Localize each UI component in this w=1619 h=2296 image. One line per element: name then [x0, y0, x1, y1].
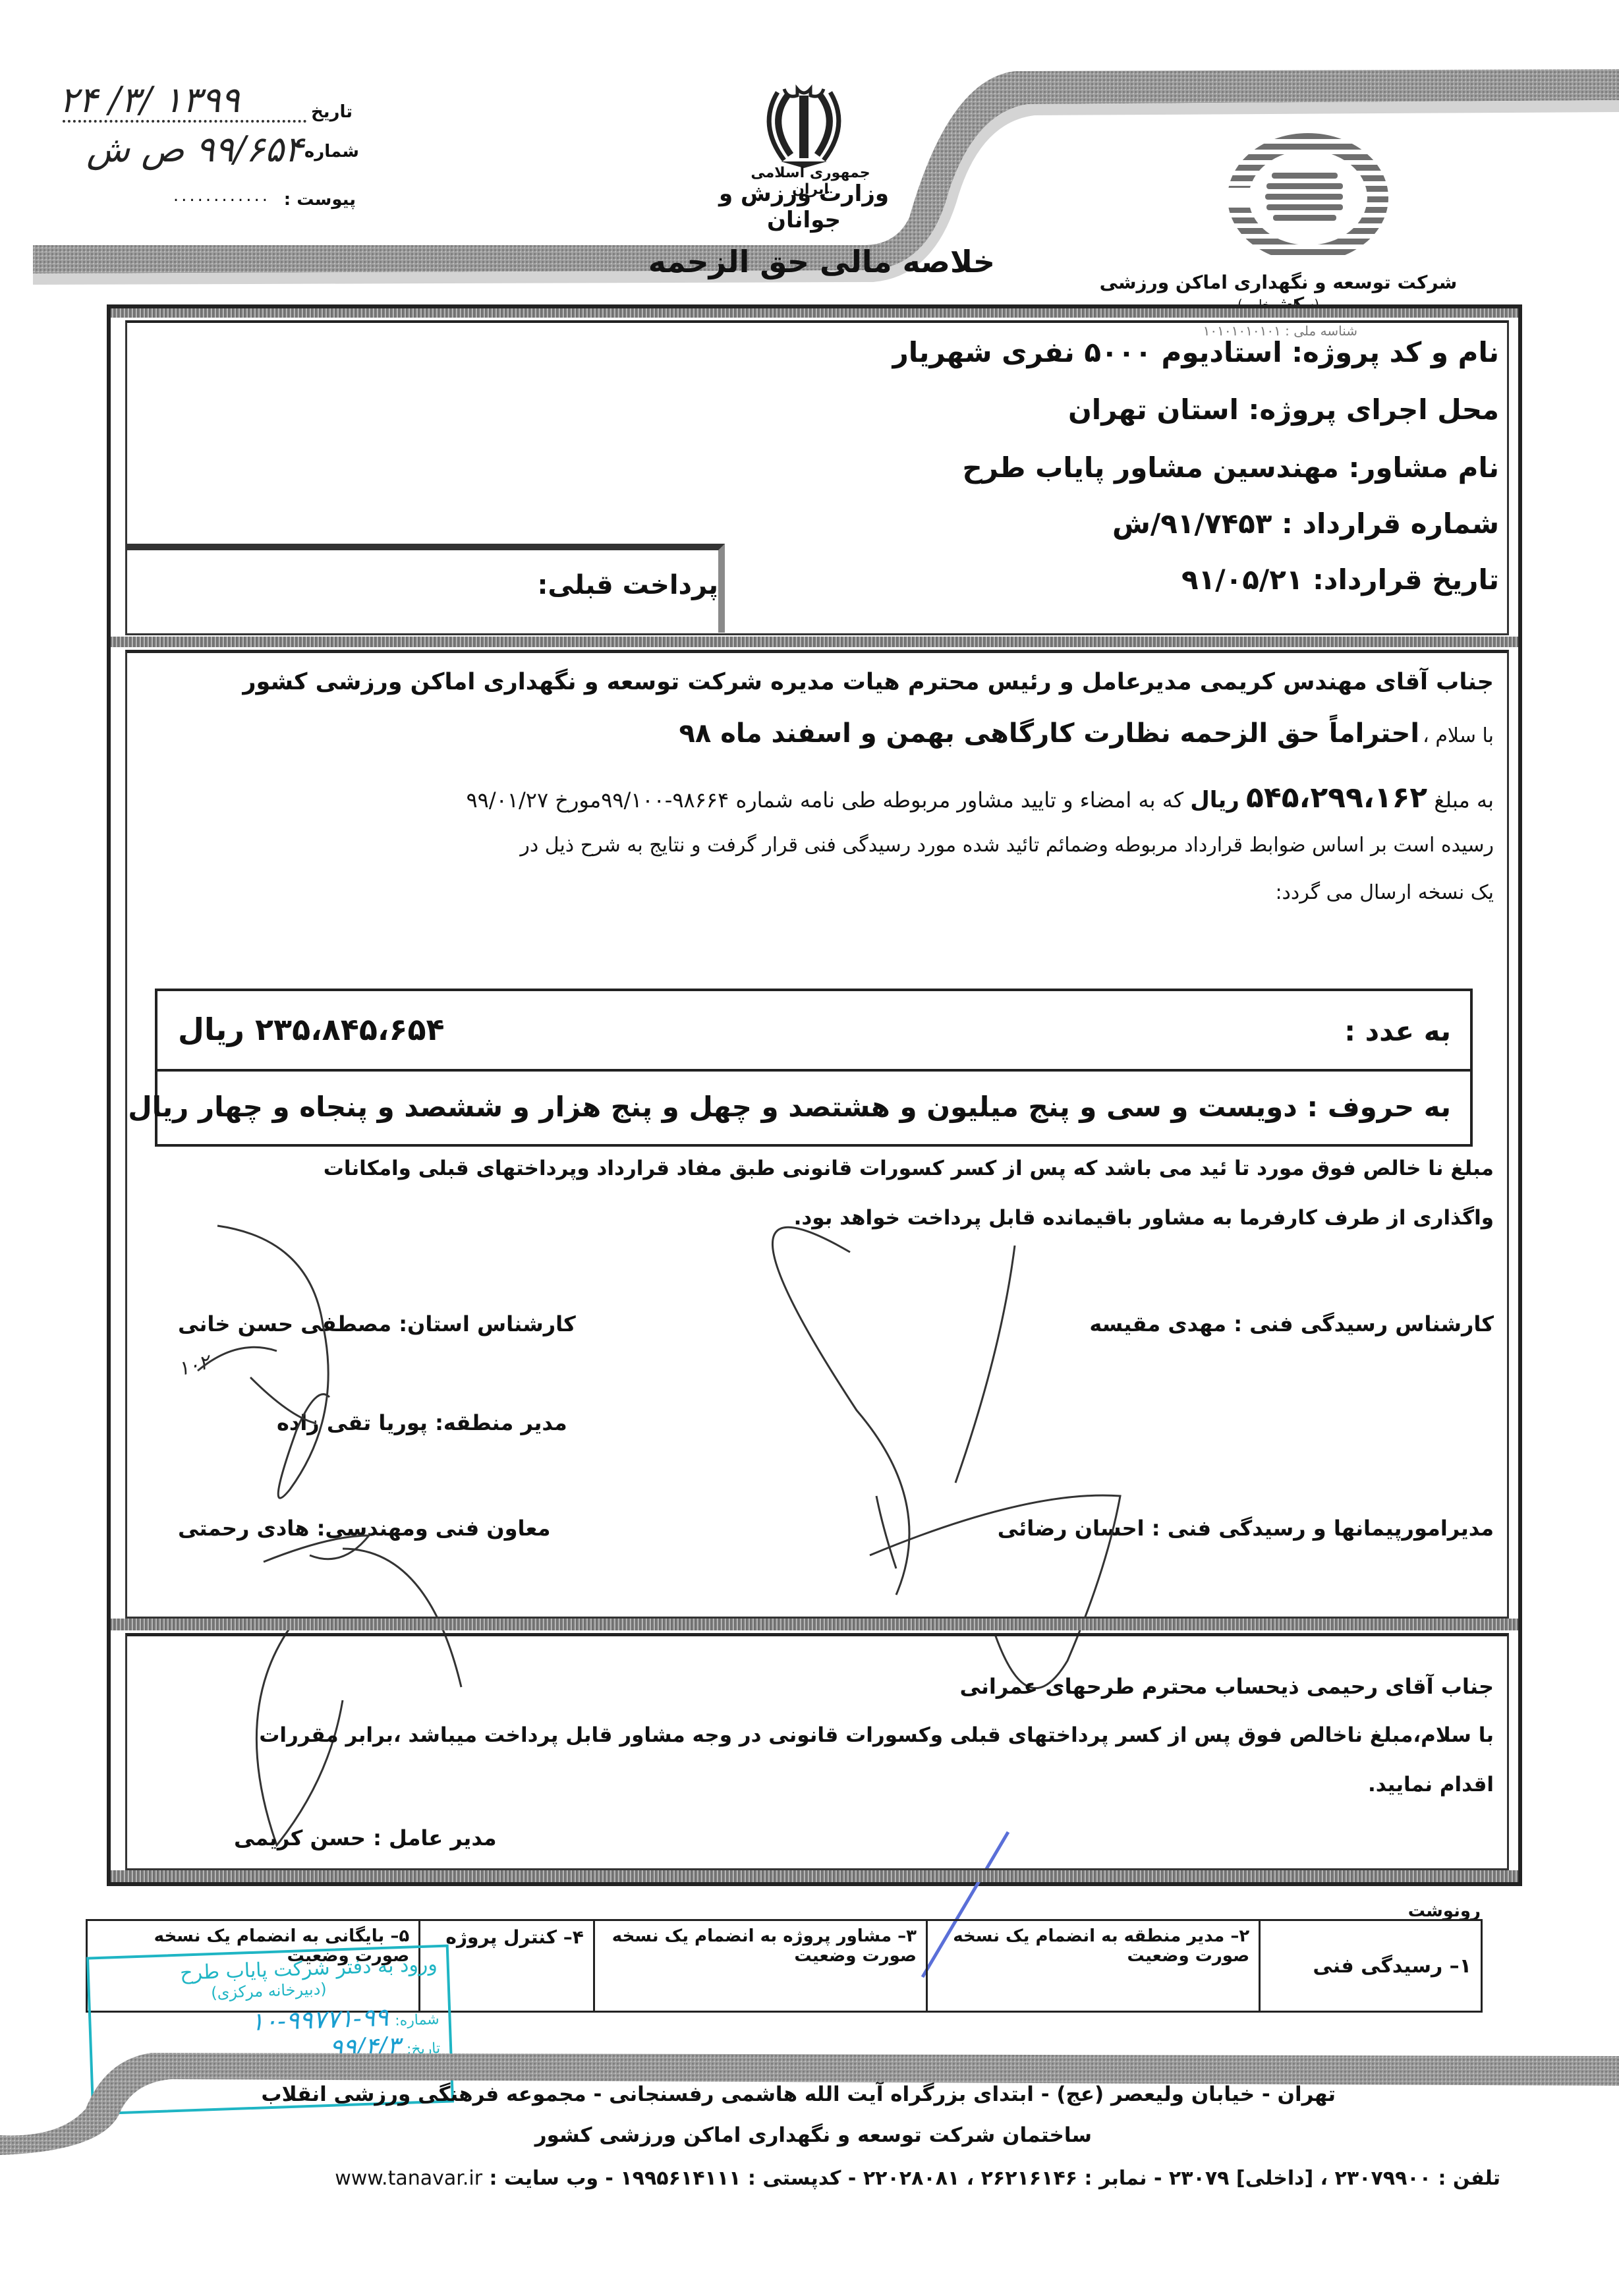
- company-logo-icon: [1226, 132, 1390, 264]
- contract-number-value: ۹۱/۷۴۵۳/ش: [1112, 507, 1272, 540]
- amount-prefix: به مبلغ: [1434, 788, 1494, 813]
- amount-rest: که به امضاء و تایید مشاور مربوطه طی نامه…: [466, 788, 1183, 813]
- footer-contact: تلفن : ۲۳۰۷۹۹۰۰ ، [داخلی] ۲۳۰۷۹ - نمابر …: [335, 2167, 1500, 2190]
- accounting-line1: با سلام،مبلغ ناخالص فوق پس از کسر پرداخت…: [259, 1723, 1494, 1747]
- numeric-label: به عدد :: [1344, 1015, 1451, 1047]
- words-value: دویست و سی و پنج میلیون و هشتصد و چهل و …: [128, 1091, 1297, 1123]
- letter-subject-row: با سلام ، احتراماً حق الزحمه نظارت کارگا…: [679, 718, 1494, 749]
- contracts-manager: مدیرامورپیمانها و رسیدگی فنی : احسان رضا…: [998, 1516, 1494, 1541]
- contract-date-value: ۹۱/۰۵/۲۱: [1181, 563, 1303, 596]
- project-location-row: محل اجرای پروژه: استان تهران: [1068, 393, 1499, 426]
- footer-address-line2: ساختمان شرکت توسعه و نگهداری اماکن ورزشی…: [535, 2123, 1092, 2147]
- province-expert: کارشناس استان: مصطفی حسن خانی: [178, 1311, 576, 1336]
- cc-item-3: ۳– مشاور پروژه به انضمام یک نسخه صورت وض…: [594, 1920, 926, 2012]
- project-name-value: استادیوم ۵۰۰۰ نفری شهریار: [893, 336, 1282, 368]
- footer-contact-text: تلفن : ۲۳۰۷۹۹۰۰ ، [داخلی] ۲۳۰۷۹ - نمابر …: [490, 2167, 1500, 2190]
- location-label: محل اجرای پروژه:: [1249, 393, 1499, 426]
- document-title: خلاصه مالی حق الزحمه: [626, 244, 995, 279]
- section-separator-3: [111, 1870, 1518, 1882]
- section-separator-1: [111, 637, 1518, 647]
- consultant-row: نام مشاور: مهندسین مشاور پایاب طرح: [963, 451, 1499, 484]
- project-name-label: نام و کد پروژه:: [1292, 336, 1499, 368]
- project-name-row: نام و کد پروژه: استادیوم ۵۰۰۰ نفری شهریا…: [893, 336, 1499, 368]
- technical-deputy: معاون فنی ومهندسی: هادی رحمتی: [178, 1516, 550, 1541]
- footer-website[interactable]: www.tanavar.ir: [335, 2167, 482, 2190]
- contract-number-row: شماره قرارداد : ۹۱/۷۴۵۳/ش: [1112, 507, 1499, 540]
- accounting-line2: اقدام نمایید.: [1368, 1773, 1494, 1796]
- letter-subject: احتراماً حق الزحمه نظارت کارگاهی بهمن و …: [679, 718, 1419, 749]
- letter-line3: یک نسخه ارسال می گردد:: [1275, 881, 1494, 904]
- previous-payment-label: پرداخت قبلی:: [514, 570, 718, 600]
- cc-label: رونوشت: [1408, 1901, 1481, 1921]
- contract-date-row: تاریخ قرارداد: ۹۱/۰۵/۲۱: [1181, 563, 1499, 596]
- note-line1: مبلغ نا خالص فوق مورد تا ئید می باشد که …: [324, 1157, 1494, 1180]
- greeting: با سلام ،: [1423, 724, 1494, 747]
- frame-top-strip: [111, 308, 1518, 318]
- numeric-value: ۲۳۵،۸۴۵،۶۵۴ ریال: [178, 1012, 445, 1047]
- technical-reviewer: کارشناس رسیدگی فنی : مهدی مقیسه: [1089, 1311, 1494, 1336]
- company-logo: [1226, 132, 1390, 264]
- words-label: به حروف :: [1307, 1091, 1451, 1123]
- accounting-signer: مدیر عامل : حسن کریمی: [234, 1825, 497, 1851]
- consultant-value: مهندسین مشاور پایاب طرح: [963, 451, 1339, 484]
- letter-addressee: جناب آقای مهندس کریمی مدیرعامل و رئیس مح…: [242, 669, 1494, 695]
- contract-number-label: شماره قرارداد :: [1282, 507, 1499, 540]
- consultant-label: نام مشاور:: [1348, 451, 1499, 484]
- letter-line2: رسیده است بر اساس ضوابط قرارداد مربوطه و…: [520, 834, 1494, 857]
- footer-address-line1: تهران - خیابان ولیعصر (عج) - ابتدای بزرگ…: [261, 2082, 1336, 2106]
- reviewed-amount: ۵۴۵،۲۹۹،۱۶۲: [1246, 781, 1427, 815]
- location-value: استان تهران: [1068, 393, 1239, 426]
- contract-date-label: تاریخ قرارداد:: [1313, 563, 1499, 596]
- reviewed-currency: ریال: [1190, 787, 1239, 813]
- accounting-addressee: جناب آقای رحیمی ذیحساب محترم طرحهای عمرا…: [960, 1674, 1494, 1699]
- amount-divider: [157, 1069, 1470, 1072]
- words-row: به حروف : دویست و سی و پنج میلیون و هشتص…: [128, 1091, 1451, 1123]
- section-separator-2: [111, 1619, 1518, 1630]
- regional-manager: مدیر منطقه: پوریا تقی زاده: [277, 1410, 567, 1435]
- cc-item-2: ۲– مدیر منطقه به انضمام یک نسخه صورت وضع…: [927, 1920, 1260, 2012]
- header: تاریخ ۱۳۹۹ /۳/ ۲۴ شماره ۹۹/۶۵۴ ص ش پیوست…: [0, 0, 1619, 310]
- cc-item-1: ۱– رسیدگی فنی: [1260, 1920, 1482, 2012]
- note-line2: واگذاری از طرف کارفرما به مشاور باقیماند…: [794, 1206, 1494, 1230]
- letter-line1: به مبلغ ۵۴۵،۲۹۹،۱۶۲ ریال که به امضاء و ت…: [466, 781, 1494, 815]
